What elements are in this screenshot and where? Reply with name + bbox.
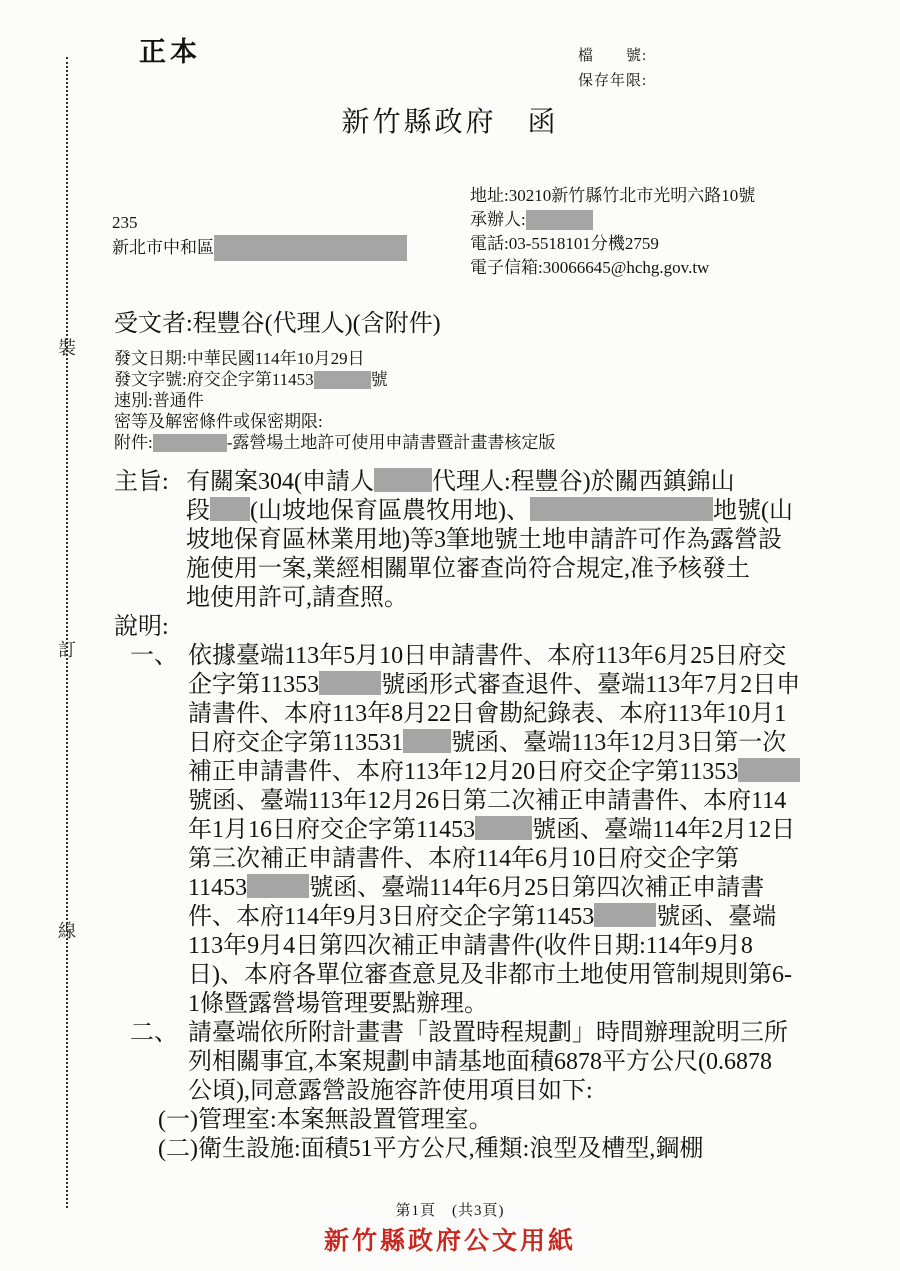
explanation-item-1: 一、 依據臺端113年5月10日申請書件、本府113年6月25日府交企字第113… [114,642,884,1019]
text-segment: 公頃),同意露營設施容許使用項目如下: [188,1078,593,1104]
text-segment: 附件: [114,433,153,452]
text-line: 日)、本府各單位審查意見及非都市土地使用管制規則第6- [188,961,800,990]
text-segment: 補正申請書件、本府113年12月20日府交企字第11353 [188,759,738,785]
text-line: 發文日期:中華民國114年10月29日 [114,348,555,369]
text-segment: 號函、臺端113年12月26日第二次補正申請書件、本府114 [188,788,786,814]
text-line: 發文字號:府交企字第11453號 [114,369,555,390]
text-line: 新北市中和區 [112,235,407,261]
page-number: 第1頁 (共3頁) [0,1199,900,1220]
sender-email: 電子信箱:30066645@hchg.gov.tw [470,256,755,280]
text-segment: 承辦人: [470,210,526,229]
redaction-box [403,729,451,753]
text-line: 公頃),同意露營設施容許使用項目如下: [188,1077,788,1106]
item-marker: 二、 [130,1019,188,1048]
sender-phone: 電話:03-5518101分機2759 [470,232,755,256]
redaction-box [247,874,309,898]
text-segment: 第三次補正申請書件、本府114年6月10日府交企字第 [188,846,739,872]
text-segment: 號函、臺端114年6月25日第四次補正申請書 [309,875,764,901]
retention-label: 保存年限: [578,69,647,94]
text-line: 坡地保育區林業用地)等3筆地號土地申請許可作為露營設 [186,526,793,555]
text-segment: 列相關事宜,本案規劃申請基地面積6878平方公尺(0.6878 [188,1049,772,1075]
text-segment: 坡地保育區林業用地)等3筆地號土地申請許可作為露營設 [186,527,782,553]
text-segment: 發文字號:府交企字第11453 [114,370,314,389]
redaction-box [475,816,532,840]
addressee-line: 受文者:程豐谷(代理人)(含附件) [114,303,441,338]
redaction-box [738,758,800,782]
text-line: 件、本府114年9月3日府交企字第11453號函、臺端 [188,903,800,932]
text-segment: -露營場土地許可使用申請書暨計畫書核定版 [227,433,556,452]
text-segment: 地號(山 [713,498,793,524]
text-segment: 日)、本府各單位審查意見及非都市土地使用管制規則第6- [188,962,792,988]
text-segment: 依據臺端113年5月10日申請書件、本府113年6月25日府交 [188,643,786,669]
text-segment: 11453 [188,875,247,901]
text-segment: 段 [186,498,210,524]
text-segment: 件、本府114年9月3日府交企字第11453 [188,904,594,930]
text-line: 113年9月4日第四次補正申請書件(收件日期:114年9月8 [188,932,800,961]
redaction-box [530,497,713,521]
meta-block: 發文日期:中華民國114年10月29日發文字號:府交企字第11453號速別:普通… [114,348,555,453]
redaction-box [210,497,250,521]
text-segment: 有關案304(申請人 [186,469,374,495]
item-marker: 一、 [130,642,188,671]
text-line: 1條暨露營場管理要點辦理。 [188,990,800,1019]
text-segment: 請臺端依所附計畫書「設置時程規劃」時間辦理說明三所 [188,1020,788,1046]
text-line: 第三次補正申請書件、本府114年6月10日府交企字第 [188,845,800,874]
text-line: 年1月16日府交企字第11453號函、臺端114年2月12日 [188,816,800,845]
recipient-zip: 235 [112,210,407,235]
redaction-box [526,210,593,230]
text-segment: 代理人:程豐谷)於關西鎮錦山 [432,469,735,495]
binding-mark-zhuang: 裝 [57,334,77,360]
text-segment: 施使用一案,業經相關單位審查尚符合規定,准予核發土 [186,556,750,582]
text-segment: 1條暨露營場管理要點辦理。 [188,991,488,1017]
paper-name: 新竹縣政府公文用紙 [0,1221,900,1257]
letter-body: 主旨: 有關案304(申請人代理人:程豐谷)於關西鎮錦山段(山坡地保育區農牧用地… [114,468,884,1164]
redaction-box [319,671,381,695]
item-body: 依據臺端113年5月10日申請書件、本府113年6月25日府交企字第11353號… [188,642,800,1019]
explanation-item-2: 二、 請臺端依所附計畫書「設置時程規劃」時間辦理說明三所列相關事宜,本案規劃申請… [114,1019,884,1106]
subject-section: 主旨: 有關案304(申請人代理人:程豐谷)於關西鎮錦山段(山坡地保育區農牧用地… [114,468,884,613]
text-line: 企字第11353號函形式審查退件、臺端113年7月2日申 [188,671,800,700]
recipient-address-line: 新北市中和區 [112,235,407,261]
text-line: 11453號函、臺端114年6月25日第四次補正申請書 [188,874,800,903]
text-line: 承辦人: [470,208,755,232]
text-segment: 號函、臺端114年2月12日 [532,817,795,843]
copy-label: 正本 [139,30,201,69]
redaction-box [374,468,432,492]
sender-info-block: 地址:30210新竹縣竹北市光明六路10號 承辦人: 電話:03-5518101… [470,184,755,280]
sender-contact-line: 承辦人: [470,208,755,232]
subject-body: 有關案304(申請人代理人:程豐谷)於關西鎮錦山段(山坡地保育區農牧用地)、地號… [186,468,793,613]
redaction-box [314,371,371,389]
text-segment: 請書件、本府113年8月22日會勘紀錄表、本府113年10月1 [188,701,786,727]
text-segment: 113年9月4日第四次補正申請書件(收件日期:114年9月8 [188,933,753,959]
binding-mark-ding: 訂 [57,636,77,662]
sender-address: 地址:30210新竹縣竹北市光明六路10號 [470,184,755,208]
redaction-box [594,903,656,927]
text-line: 日府交企字第113531號函、臺端113年12月3日第一次 [188,729,800,758]
subject-label: 主旨: [114,468,186,497]
text-line: 附件:-露營場土地許可使用申請書暨計畫書核定版 [114,432,555,453]
text-segment: 發文日期:中華民國114年10月29日 [114,349,365,368]
document-page: 裝 訂 線 正本 檔 號: 保存年限: 新竹縣政府 函 地址:30210新竹縣竹… [0,0,900,1271]
subitem-line-1: (一)管理室:本案無設置管理室。 [114,1106,884,1135]
text-line: 請書件、本府113年8月22日會勘紀錄表、本府113年10月1 [188,700,800,729]
text-line: 速別:普通件 [114,390,555,411]
text-line: 有關案304(申請人代理人:程豐谷)於關西鎮錦山 [186,468,793,497]
text-segment: 地使用許可,請查照。 [186,585,408,611]
text-line: 請臺端依所附計畫書「設置時程規劃」時間辦理說明三所 [188,1019,788,1048]
text-segment: 號函、臺端 [656,904,776,930]
file-labels-block: 檔 號: 保存年限: [578,44,647,94]
text-segment: 速別:普通件 [114,391,204,410]
text-segment: 年1月16日府交企字第11453 [188,817,475,843]
text-segment: 號函形式審查退件、臺端113年7月2日申 [381,672,800,698]
binding-dotted-line [66,57,68,1208]
binding-mark-xian: 線 [57,917,77,943]
text-segment: 號 [371,370,388,389]
text-line: 密等及解密條件或保密期限: [114,411,555,432]
text-segment: 日府交企字第113531 [188,730,403,756]
text-line: 補正申請書件、本府113年12月20日府交企字第11353 [188,758,800,787]
text-segment: 新北市中和區 [112,238,214,257]
text-line: 依據臺端113年5月10日申請書件、本府113年6月25日府交 [188,642,800,671]
subitem-line-2: (二)衛生設施:面積51平方公尺,種類:浪型及槽型,鋼棚 [114,1135,884,1164]
text-line: 列相關事宜,本案規劃申請基地面積6878平方公尺(0.6878 [188,1048,788,1077]
explanation-label: 說明: [114,613,884,642]
text-segment: (山坡地保育區農牧用地)、 [250,498,530,524]
recipient-block: 235 新北市中和區 [112,210,407,261]
doc-title: 新竹縣政府 函 [0,100,900,140]
file-no-label: 檔 號: [578,44,647,69]
redaction-box [153,434,227,452]
item-body: 請臺端依所附計畫書「設置時程規劃」時間辦理說明三所列相關事宜,本案規劃申請基地面… [188,1019,788,1106]
redaction-box [214,235,407,261]
text-line: 段(山坡地保育區農牧用地)、地號(山 [186,497,793,526]
text-line: 地使用許可,請查照。 [186,584,793,613]
text-line: 施使用一案,業經相關單位審查尚符合規定,准予核發土 [186,555,793,584]
text-line: 號函、臺端113年12月26日第二次補正申請書件、本府114 [188,787,800,816]
text-segment: 企字第11353 [188,672,319,698]
text-segment: 密等及解密條件或保密期限: [114,412,323,431]
text-segment: 號函、臺端113年12月3日第一次 [451,730,786,756]
